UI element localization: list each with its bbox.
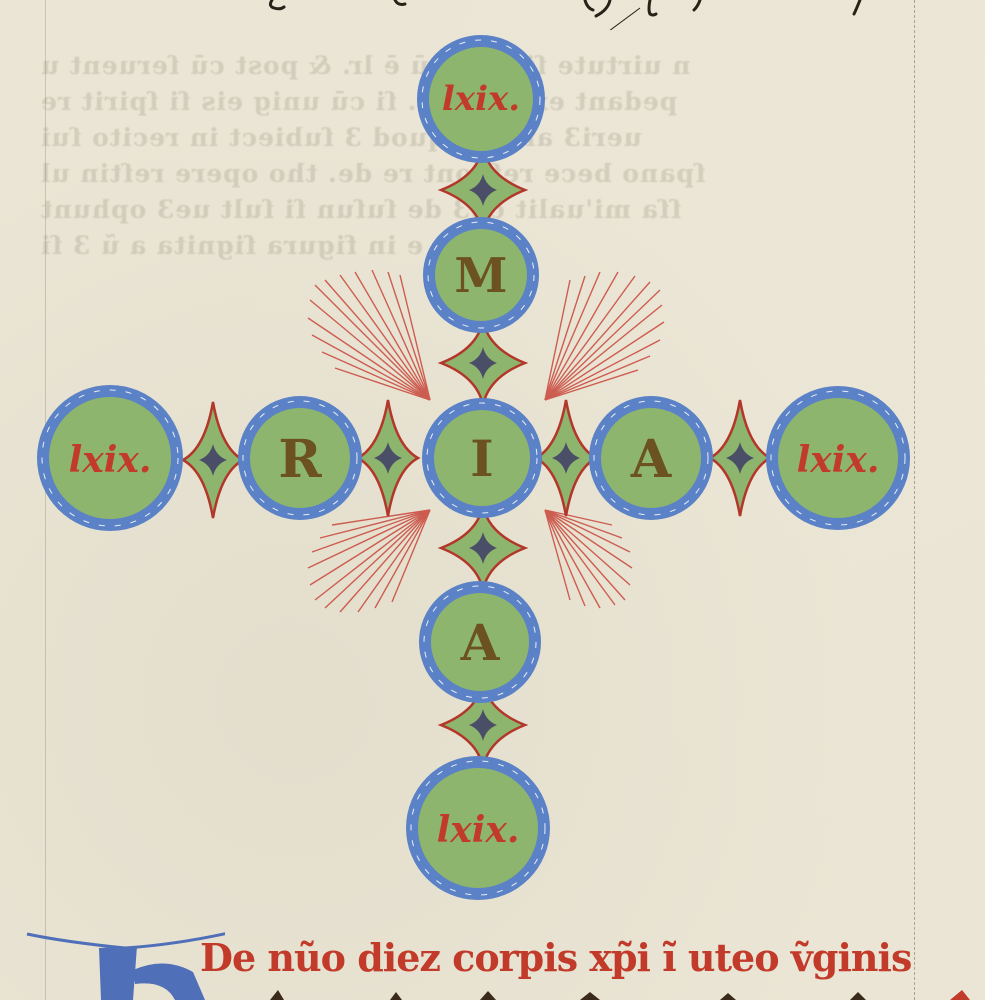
medallion-right: lxix. bbox=[766, 386, 910, 530]
medallion-center: I bbox=[422, 398, 542, 518]
cross-diagram: lxix. M I A lxix. bbox=[0, 0, 985, 930]
letter-m: M bbox=[454, 248, 507, 304]
lozenge-ornament bbox=[710, 400, 770, 516]
lozenge-ornament bbox=[441, 321, 525, 405]
rubric-heading: De nũo diez corpis xp̃i ĩ uteo ṽginis bbox=[200, 935, 911, 980]
medallion-m: M bbox=[423, 217, 539, 333]
letter-a-right: A bbox=[630, 429, 672, 490]
lozenge-ornament bbox=[536, 400, 596, 516]
medallion-r: R bbox=[238, 396, 362, 520]
medallion-left: lxix. bbox=[37, 385, 183, 531]
medallion-top: lxix. bbox=[417, 35, 545, 163]
next-line-fragment bbox=[250, 988, 985, 1000]
lozenge-ornament bbox=[358, 400, 418, 516]
numeral-left: lxix. bbox=[69, 439, 152, 481]
manuscript-page: n uirtute ſicut unū ē lr. & post cū ſeru… bbox=[0, 0, 985, 1000]
letter-a-bottom: A bbox=[460, 613, 501, 672]
letter-i: I bbox=[470, 429, 493, 488]
blue-initial-h bbox=[25, 928, 225, 1000]
numeral-top: lxix. bbox=[442, 79, 520, 119]
numeral-bottom: lxix. bbox=[437, 809, 520, 851]
numeral-right: lxix. bbox=[797, 439, 880, 481]
lozenge-ornament bbox=[183, 402, 243, 518]
medallion-a-right: A bbox=[589, 396, 713, 520]
medallion-bottom: lxix. bbox=[406, 756, 550, 900]
lozenge-ornament bbox=[441, 506, 525, 590]
medallion-a-bottom: A bbox=[419, 581, 541, 703]
letter-r: R bbox=[278, 429, 322, 490]
